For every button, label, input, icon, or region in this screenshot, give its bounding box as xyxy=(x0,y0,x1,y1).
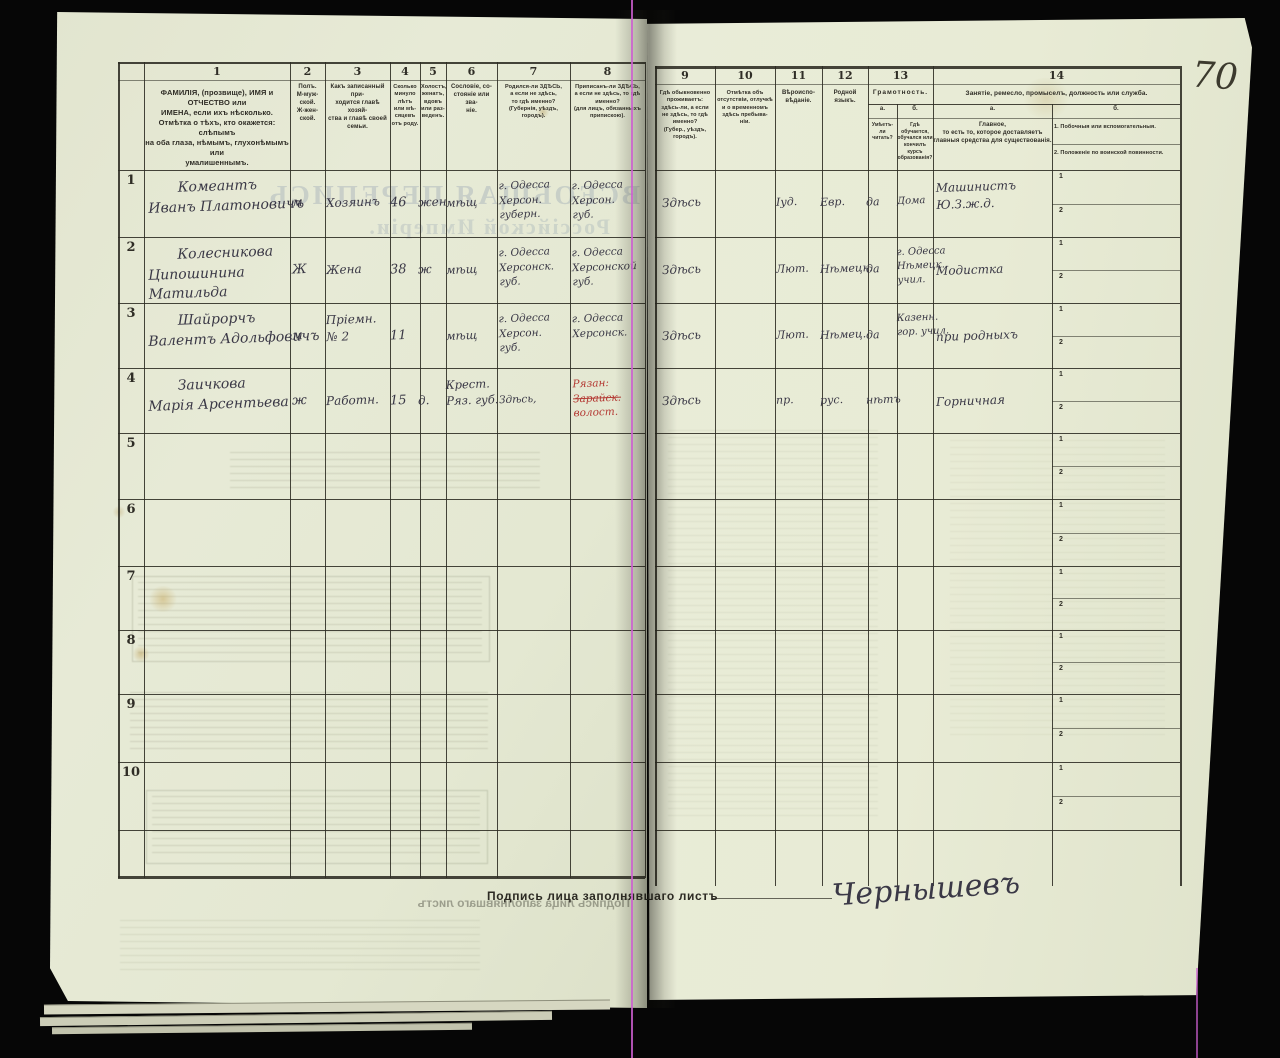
grid-line xyxy=(655,830,1180,831)
entry-r4-c7: Здѣсь, xyxy=(499,391,571,408)
scanner-seam xyxy=(631,0,633,1058)
sub-label-2: 2 xyxy=(1056,600,1066,609)
grid-line xyxy=(1052,104,1053,886)
entry-r4-c14a: Горничная xyxy=(936,390,1055,411)
header-cell: Сколько минуло лѣтъ или мѣ- сяцевъ отъ р… xyxy=(391,84,419,128)
entry-r3-c11: Лют. xyxy=(776,326,823,343)
grid-line xyxy=(118,62,645,64)
entry-r1-c4: 46 xyxy=(390,193,421,212)
grid-line xyxy=(118,830,645,831)
signature-rule xyxy=(712,898,832,899)
grid-line xyxy=(655,762,1180,763)
grid-line xyxy=(822,66,823,886)
row-number: 3 xyxy=(120,306,142,321)
header-cell: 1. Побочныя или вспомогательныя. xyxy=(1054,124,1178,131)
header-cell: Главное, то есть то, которое доставляетъ… xyxy=(933,122,1052,146)
grid-line xyxy=(118,566,645,567)
sub-label-1: 1 xyxy=(1056,435,1066,444)
entry-r1-c7: г. Одесса Херсон. губерн. xyxy=(498,177,571,224)
header-col-number: 13 xyxy=(868,69,933,82)
grid-line xyxy=(420,62,421,878)
grid-line xyxy=(1052,204,1180,205)
sub-label-2: 2 xyxy=(1056,338,1066,347)
header-cell: а. xyxy=(868,106,897,114)
header-cell: Отмѣтка объ отсутствіи, отлучкѣ и о врем… xyxy=(716,90,774,127)
entry-r2-c12: Нѣмецк. xyxy=(820,260,871,277)
grid-line xyxy=(868,118,1180,119)
grid-line xyxy=(1052,533,1180,534)
grid-line xyxy=(1052,401,1180,402)
grid-line xyxy=(868,66,869,886)
entry-r4-c5: д. xyxy=(418,391,449,409)
header-cell: Полъ. М-муж- ской. Ж-жен- ской. xyxy=(291,84,324,124)
sub-label-2: 2 xyxy=(1056,272,1066,281)
page-fold-shadow xyxy=(615,10,677,1008)
grid-line xyxy=(118,630,645,631)
grid-line xyxy=(1052,466,1180,467)
header-cell: Сословіе, со- стояніе или зва- ніе. xyxy=(447,84,496,116)
grid-line xyxy=(933,66,934,886)
grid-line xyxy=(118,499,645,500)
grid-line xyxy=(118,694,645,695)
grid-line xyxy=(1052,796,1180,797)
header-col-number: 7 xyxy=(497,65,570,78)
header-col-number: 2 xyxy=(290,65,325,78)
header-col-number: 11 xyxy=(775,69,822,82)
grid-line xyxy=(1052,598,1180,599)
sub-label-2: 2 xyxy=(1056,798,1066,807)
sub-label-2: 2 xyxy=(1056,403,1066,412)
entry-r4-c2: ж xyxy=(292,391,325,410)
entry-r1-c11: Іуд. xyxy=(776,193,823,210)
entry-r2-c13a: да xyxy=(866,260,901,277)
header-cell: Умѣетъ- ли читать? xyxy=(868,122,897,142)
row-number: 8 xyxy=(120,633,142,648)
header-cell: б. xyxy=(1052,106,1180,114)
row-number: 4 xyxy=(120,371,142,386)
entry-r1-c2: м xyxy=(292,193,325,212)
header-cell: Вѣроиспо- вѣданіе. xyxy=(776,90,821,106)
grid-line xyxy=(118,170,645,171)
header-cell: ФАМИЛІЯ, (прозвище), ИМЯ и ОТЧЕСТВО или … xyxy=(145,88,289,168)
grid-line xyxy=(868,104,1180,105)
row-number: 5 xyxy=(120,436,142,451)
grid-line xyxy=(118,433,645,434)
signature-label: Подпись лица заполнявшаго листъ xyxy=(487,889,718,903)
sub-label-1: 1 xyxy=(1056,305,1066,314)
header-cell: Грамотность. xyxy=(868,89,933,98)
header-cell: Занятіе, ремесло, промыселъ, должность и… xyxy=(933,90,1180,99)
grid-line xyxy=(118,368,645,369)
grid-line xyxy=(118,762,645,763)
entry-r1-c14a: Машинистъ Ю.З.ж.д. xyxy=(935,176,1054,214)
sub-label-2: 2 xyxy=(1056,730,1066,739)
grid-line xyxy=(118,237,645,238)
entry-r4-c3: Работн. xyxy=(326,391,393,410)
header-col-number: 4 xyxy=(390,65,420,78)
header-col-number: 14 xyxy=(933,69,1180,82)
sub-label-2: 2 xyxy=(1056,206,1066,215)
grid-line xyxy=(897,104,898,886)
grid-line xyxy=(1052,270,1180,271)
entry-r3-c12: Нѣмец. xyxy=(820,326,871,343)
sub-label-2: 2 xyxy=(1056,468,1066,477)
sub-label-1: 1 xyxy=(1056,172,1066,181)
entry-r3-c13a: да xyxy=(866,326,901,343)
scanner-seam xyxy=(1196,968,1198,1058)
header-col-number: 1 xyxy=(144,65,290,78)
entry-r2-c14a: Модистка xyxy=(936,259,1055,280)
sub-label-2: 2 xyxy=(1056,535,1066,544)
entry-r2-c7: г. Одесса Херсонск. губ. xyxy=(498,244,571,291)
header-cell: 2. Положеніе по воинской повинности. xyxy=(1054,150,1178,157)
grid-line xyxy=(655,237,1180,238)
header-col-number: 12 xyxy=(822,69,868,82)
entry-r2-c2: Ж xyxy=(292,260,325,279)
entry-r4-c11: пр. xyxy=(776,391,823,408)
entry-r2-c4: 38 xyxy=(390,260,421,279)
entry-r3-c7: г. Одесса Херсон. губ. xyxy=(498,310,571,357)
row-number: 10 xyxy=(120,765,142,780)
entry-r2-c5: ж xyxy=(418,260,449,278)
sub-label-1: 1 xyxy=(1056,568,1066,577)
entry-r4-c4: 15 xyxy=(390,391,421,410)
entry-r1-c13a: да xyxy=(866,193,901,210)
grid-line xyxy=(1052,336,1180,337)
grid-line xyxy=(1180,66,1182,886)
grid-line xyxy=(118,80,645,81)
entry-r4-c6: Крест. Ряз. губ. xyxy=(445,375,500,409)
header-cell: Какъ записанный при- ходится главѣ хозяй… xyxy=(326,84,389,132)
header-cell: б. xyxy=(897,106,933,114)
grid-line xyxy=(1052,662,1180,663)
entry-r3-c6: мѣщ xyxy=(446,326,501,344)
sub-label-1: 1 xyxy=(1056,764,1066,773)
grid-line xyxy=(1052,144,1180,145)
grid-line xyxy=(655,368,1180,369)
header-cell: Холостъ, женатъ, вдовъ или раз- веденъ. xyxy=(421,84,445,121)
sub-label-1: 1 xyxy=(1056,696,1066,705)
header-col-number: 3 xyxy=(325,65,390,78)
sub-label-1: 1 xyxy=(1056,239,1066,248)
entry-r1-c6: мѣщ xyxy=(446,193,501,211)
grid-line xyxy=(655,84,1180,85)
header-col-number: 10 xyxy=(715,69,775,82)
entry-r3-c2: м xyxy=(292,326,325,345)
grid-line xyxy=(655,170,1180,171)
entry-r3-c3: Пріемн. № 2 xyxy=(325,310,392,346)
entry-r4-c12: рус. xyxy=(820,391,871,408)
grid-line xyxy=(655,566,1180,567)
header-cell: а. xyxy=(933,106,1052,114)
entry-r2-c6: мѣщ xyxy=(446,260,501,278)
grid-line xyxy=(775,66,776,886)
page-number: 70 xyxy=(1191,54,1240,98)
grid-line xyxy=(1052,728,1180,729)
header-col-number: 6 xyxy=(446,65,497,78)
grid-line xyxy=(655,694,1180,695)
grid-line xyxy=(655,499,1180,500)
grid-line xyxy=(144,62,145,878)
header-col-number: 5 xyxy=(420,65,446,78)
entry-r3-c4: 11 xyxy=(390,326,421,345)
grid-line xyxy=(655,303,1180,304)
sub-label-2: 2 xyxy=(1056,664,1066,673)
row-number: 9 xyxy=(120,697,142,712)
row-number: 7 xyxy=(120,569,142,584)
grid-line xyxy=(446,62,447,878)
grid-line xyxy=(655,630,1180,631)
entry-r3-c14a: при родныхъ xyxy=(936,325,1055,346)
sub-label-1: 1 xyxy=(1056,632,1066,641)
header-cell: Гдѣ обучается, обучался или кончилъ курс… xyxy=(897,122,933,162)
sub-label-1: 1 xyxy=(1056,370,1066,379)
entry-r4-c13a: нѣтъ xyxy=(866,391,901,408)
entry-r2-c11: Лют. xyxy=(776,260,823,277)
sub-label-1: 1 xyxy=(1056,501,1066,510)
entry-r1-c5: жен xyxy=(418,193,449,211)
header-cell: Родной языкъ. xyxy=(823,90,867,106)
entry-r1-c3: Хозяинъ xyxy=(326,193,393,212)
row-number: 2 xyxy=(120,240,142,255)
entry-r1-c12: Евр. xyxy=(820,193,871,210)
grid-line xyxy=(118,876,645,879)
grid-line xyxy=(655,433,1180,434)
grid-line xyxy=(390,62,391,878)
entry-r2-c3: Жена xyxy=(326,260,393,279)
row-number: 6 xyxy=(120,502,142,517)
row-number: 1 xyxy=(120,173,142,188)
header-cell: Родился-ли ЗДѢСЬ, а если не здѣсь, то гд… xyxy=(498,84,569,121)
grid-line xyxy=(715,66,716,886)
